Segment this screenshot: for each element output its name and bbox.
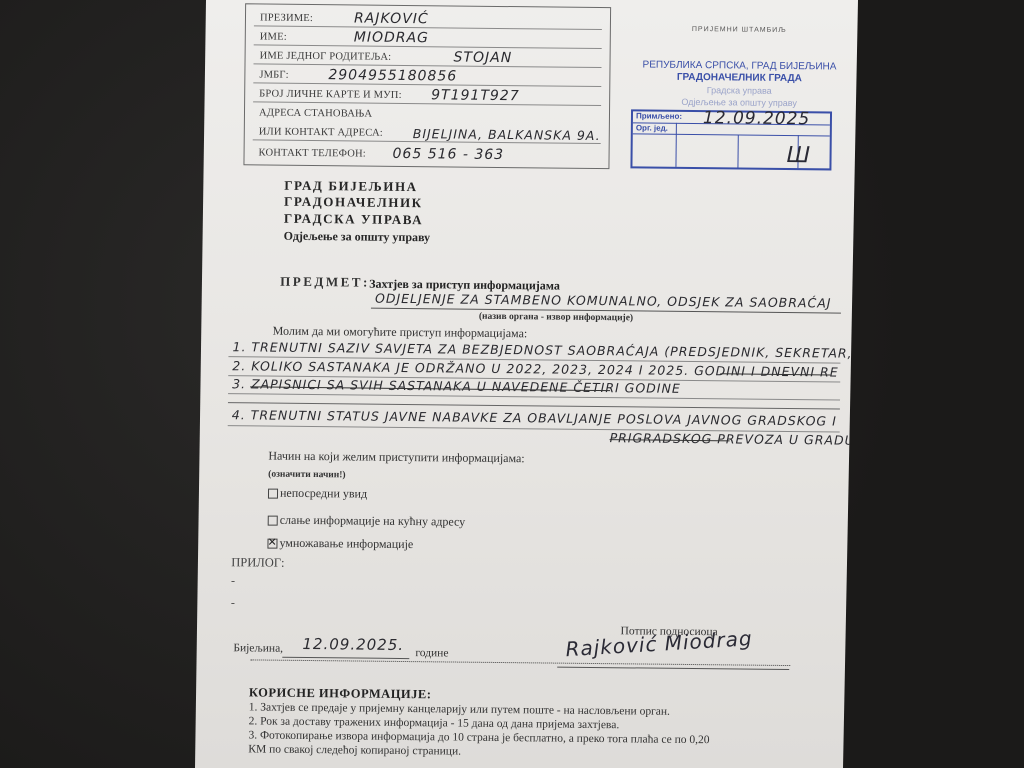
checkbox-copy-checked[interactable] [267, 538, 277, 548]
submission-date: 12.09.2025. [302, 635, 404, 654]
method-intro: Начин на који желим приступити информаци… [268, 449, 524, 467]
option-send-home[interactable]: слање информације на кућну адресу [268, 513, 466, 530]
header-city: ГРАД БИЈЕЉИНА [284, 178, 418, 195]
attachment-label: ПРИЛОГ: [231, 555, 284, 571]
personal-data-box: ПРЕЗИМЕ:RAJKOVIĆ ИМЕ:MIODRAG ИМЕ ЈЕДНОГ … [243, 3, 611, 169]
header-department: Одјељење за општу управу [284, 229, 431, 246]
place-label: Бијељина, [233, 642, 283, 655]
stamp-received-label: Примљено: [636, 111, 682, 120]
stamp-org-label: Орг. јед. [636, 123, 668, 132]
header-mayor: ГРАДОНАЧЕЛНИК [284, 194, 423, 211]
attachment-item-1: - [231, 573, 235, 588]
paper-document: ПРЕЗИМЕ:RAJKOVIĆ ИМЕ:MIODRAG ИМЕ ЈЕДНОГ … [0, 0, 1024, 768]
info-item-3-continued: КМ по свакој следећој копираној страници… [248, 743, 461, 758]
subject-label: ПРЕДМЕТ: [280, 274, 370, 291]
method-hint: (означити начин!) [268, 470, 346, 481]
id-card-value: 9T191T927 [431, 87, 520, 104]
reception-stamp-header: РЕПУБЛИКА СРПСКА, ГРАД БИЈЕЉИНА ГРАДОНАЧ… [639, 59, 839, 109]
row-phone: КОНТАКТ ТЕЛЕФОН:065 516 - 363 [252, 141, 600, 164]
stamp-area-title: ПРИЈЕМНИ ШТАМБИЉ [692, 26, 787, 34]
stamp-initials: Ш [786, 143, 811, 168]
header-administration: ГРАДСКА УПРАВА [284, 211, 423, 228]
request-intro: Молим да ми омогућите приступ информациј… [273, 324, 528, 342]
stamp-received-date: 12.09.2025 [703, 108, 811, 129]
info-heading: КОРИСНЕ ИНФОРМАЦИЈЕ: [249, 685, 432, 702]
phone-value: 065 516 - 363 [392, 146, 504, 163]
option-direct-inspection[interactable]: непосредни увид [268, 486, 367, 502]
address-value: BIJELJINA, BALKANSKA 9A. [413, 126, 601, 143]
checkbox-send-home[interactable] [268, 515, 278, 525]
option-copy[interactable]: умножавање информације [267, 536, 413, 553]
jmbg-value: 2904955180856 [328, 67, 457, 84]
name-value: MIODRAG [354, 29, 429, 46]
year-word: године [415, 647, 448, 659]
applicant-signature: Rajković Miodrag [565, 626, 753, 661]
surname-value: RAJKOVIĆ [354, 10, 429, 27]
parent-value: STOJAN [454, 49, 513, 66]
row-address: ИЛИ КОНТАКТ АДРЕСА:BIJELJINA, BALKANSKA … [253, 120, 601, 144]
subject-organ-hint: (назив органа - извор информације) [479, 312, 633, 324]
checkbox-direct-inspection[interactable] [268, 488, 278, 498]
attachment-item-2: - [231, 595, 235, 610]
